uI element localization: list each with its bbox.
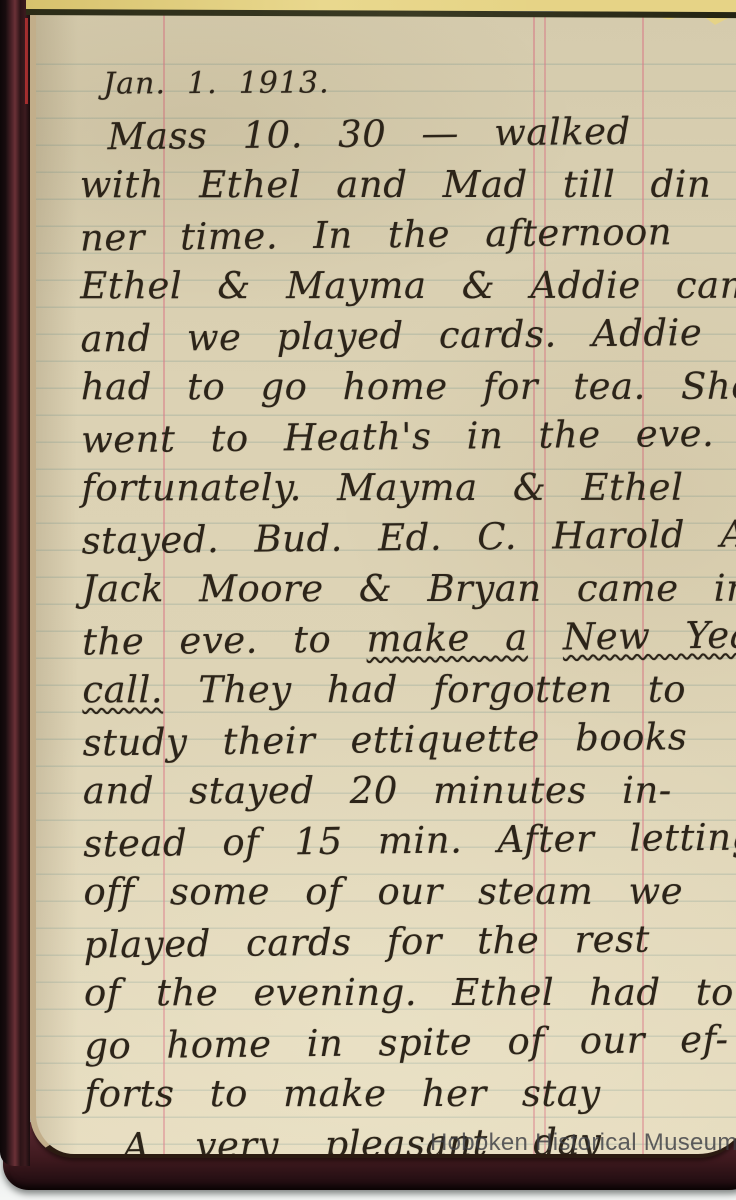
handwritten-line: played cards for the rest xyxy=(83,914,736,971)
underlined-text: call. xyxy=(82,668,163,711)
text-segment: off some of our steam we xyxy=(83,869,683,913)
handwritten-line: fortunately. Mayma & Ethel xyxy=(81,462,736,513)
handwritten-line: of the evening. Ethel had to xyxy=(84,967,736,1018)
diary-text: Jan. 1. 1913. Mass 10. 30 — walkedwith E… xyxy=(79,58,736,1158)
handwritten-line: stead of 15 min. After letting xyxy=(83,813,736,870)
handwritten-line: with Ethel and Mad till din xyxy=(80,159,736,210)
handwritten-line: and stayed 20 minutes in- xyxy=(83,765,736,816)
handwritten-line: Mass 10. 30 — walked xyxy=(107,106,736,163)
handwritten-line: stayed. Bud. Ed. C. Harold A. xyxy=(81,510,736,567)
text-segment: ner time. In the afternoon xyxy=(80,210,673,259)
handwritten-line: the eve. to make a New Year's xyxy=(82,611,736,668)
text-segment: the eve. to xyxy=(82,618,367,664)
text-segment: forts to make her stay xyxy=(84,1071,600,1114)
handwritten-line: study their ettiquette books xyxy=(82,712,736,769)
handwritten-line: go home in spite of our ef- xyxy=(84,1015,736,1072)
text-segment: fortunately. Mayma & Ethel xyxy=(81,465,683,509)
handwritten-line: and we played cards. Addie xyxy=(80,308,736,365)
text-segment: played cards for the rest xyxy=(84,918,651,967)
text-segment: Ethel & Mayma & Addie came xyxy=(80,263,736,307)
spine-red-edge xyxy=(25,18,28,104)
watermark: Hoboken Historical Museum xyxy=(430,1129,736,1157)
text-segment: study their ettiquette books xyxy=(82,715,687,764)
text-segment: had to go home for tea. She xyxy=(81,364,736,408)
handwritten-line: call. They had forgotten to xyxy=(82,664,736,715)
handwritten-line: went to Heath's in the eve. xyxy=(81,409,736,466)
text-segment: and we played cards. Addie xyxy=(80,311,702,361)
text-segment: of the evening. Ethel had to xyxy=(84,970,734,1014)
handwritten-line: Jack Moore & Bryan came in xyxy=(82,563,736,614)
handwritten-line: forts to make her stay xyxy=(84,1068,736,1119)
text-segment: go home in spite of our ef- xyxy=(84,1018,729,1068)
handwritten-line: ner time. In the afternoon xyxy=(80,207,736,264)
handwritten-line: Ethel & Mayma & Addie came xyxy=(80,260,736,311)
date-heading: Jan. 1. 1913. xyxy=(103,58,736,110)
text-segment: with Ethel and Mad till din xyxy=(80,162,712,206)
book-cover-spine xyxy=(0,0,30,1166)
underlined-text: New Year's xyxy=(563,613,736,658)
handwritten-line: off some of our steam we xyxy=(83,866,736,917)
handwritten-line: had to go home for tea. She xyxy=(81,361,736,412)
text-segment: stead of 15 min. After letting xyxy=(83,815,736,865)
underlined-text: make a xyxy=(366,616,528,661)
text-segment: Mass 10. 30 — walked xyxy=(107,110,631,158)
notebook-page: Jan. 1. 1913. Mass 10. 30 — walkedwith E… xyxy=(30,14,736,1158)
diary-photo: Jan. 1. 1913. Mass 10. 30 — walkedwith E… xyxy=(0,0,736,1200)
text-segment xyxy=(527,615,563,658)
text-segment: stayed. Bud. Ed. C. Harold A. xyxy=(81,512,736,562)
text-segment: and stayed 20 minutes in- xyxy=(83,768,672,812)
text-segment: They had forgotten to xyxy=(163,667,686,710)
text-segment: Jack Moore & Bryan came in xyxy=(82,566,736,610)
text-segment: went to Heath's in the eve. xyxy=(81,412,715,462)
diary-lines: Mass 10. 30 — walkedwith Ethel and Mad t… xyxy=(79,107,736,1158)
